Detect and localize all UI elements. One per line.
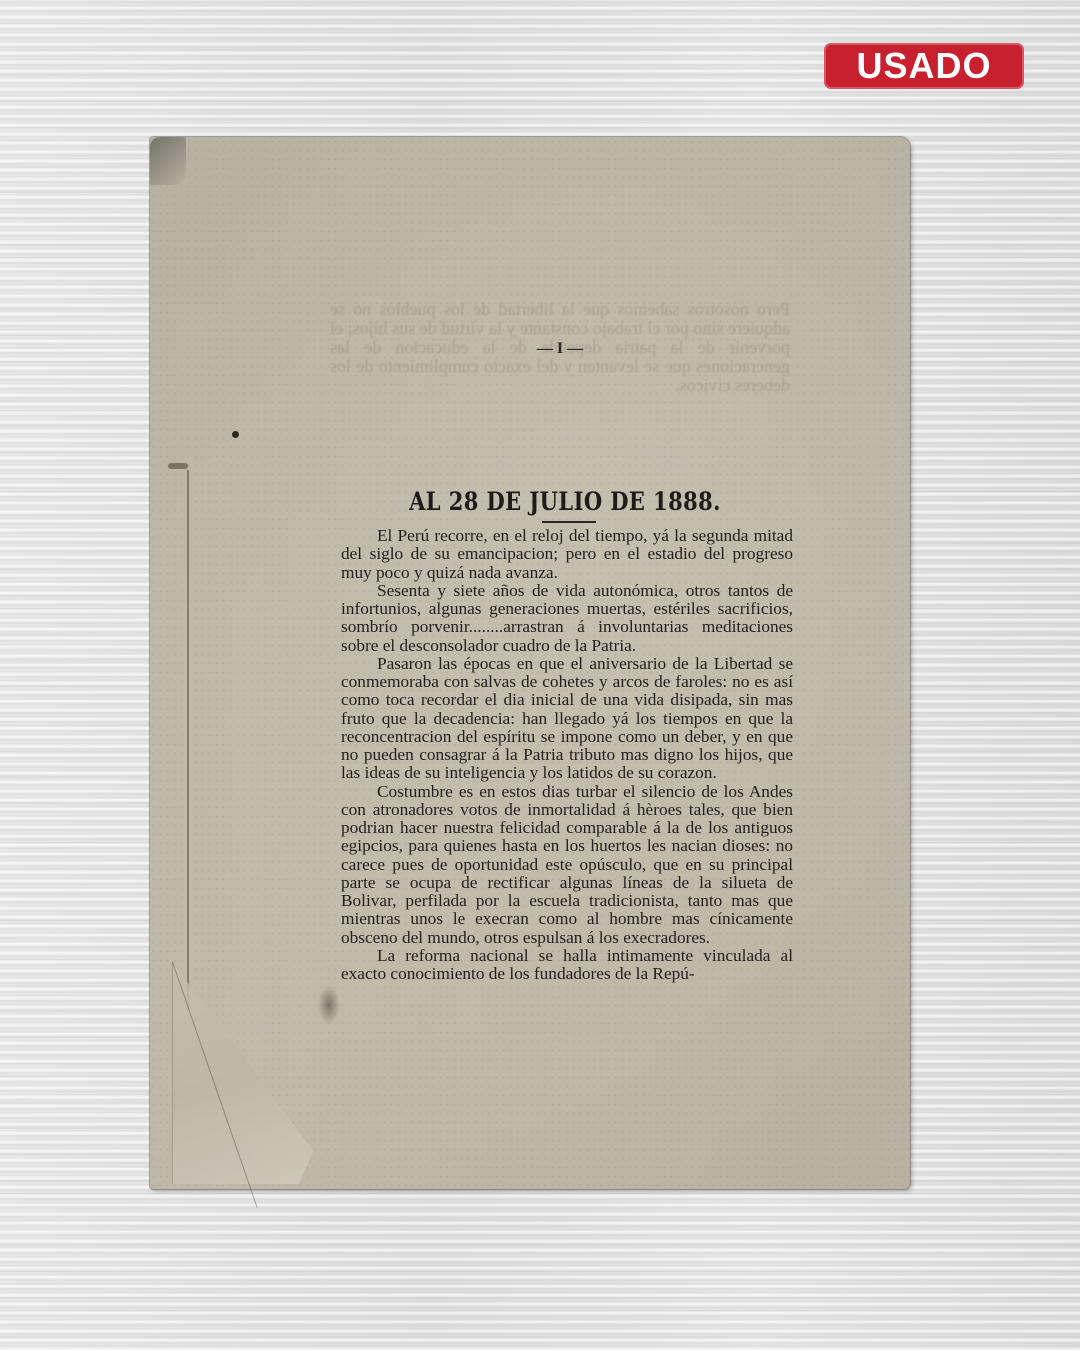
- paragraph-2: Sesenta y siete años de vida autonómica,…: [341, 582, 793, 655]
- condition-badge: USADO: [824, 43, 1024, 89]
- binding-spine-line: [187, 470, 189, 1010]
- paragraph-3: Pasaron las épocas en que el aniversario…: [341, 655, 793, 783]
- punch-hole: [232, 431, 239, 438]
- paragraph-1: El Perú recorre, en el reloj del tiempo,…: [341, 527, 793, 582]
- paragraph-4: Costumbre es en estos dias turbar el sil…: [341, 783, 793, 947]
- document-title: AL 28 DE JULIO DE 1888.: [368, 487, 763, 516]
- torn-corner: [150, 137, 186, 185]
- ink-stain: [318, 985, 340, 1025]
- paragraph-5: La reforma nacional se halla intimamente…: [341, 947, 793, 984]
- binding-thread: [168, 463, 188, 469]
- title-underline: [542, 521, 596, 523]
- document-body: El Perú recorre, en el reloj del tiempo,…: [341, 527, 793, 983]
- page-number: — I —: [530, 340, 590, 358]
- bleed-through-text: Pero nosotros sabemos que la libertad de…: [330, 300, 790, 510]
